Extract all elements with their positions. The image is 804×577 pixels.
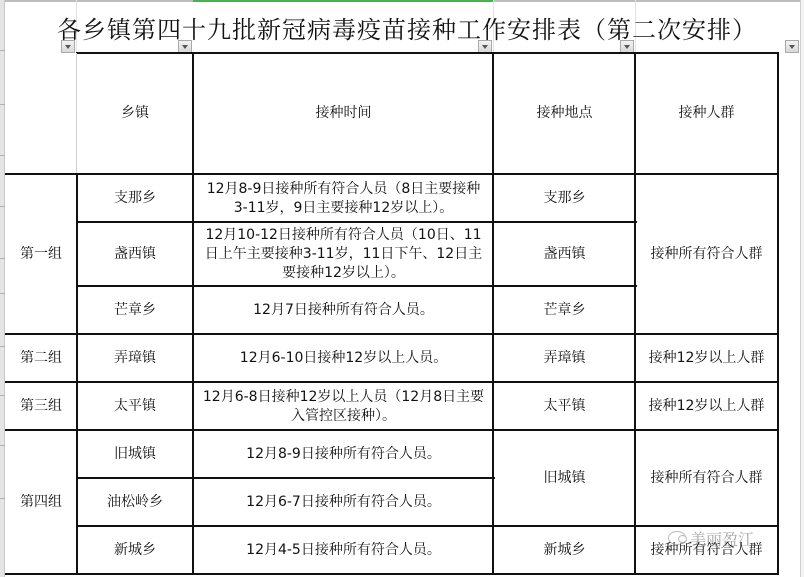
township-cell[interactable]: 盏西镇 bbox=[77, 223, 193, 286]
township-cell[interactable]: 弄璋镇 bbox=[77, 335, 193, 382]
header-time[interactable]: 接种时间 bbox=[194, 53, 493, 174]
spreadsheet: 各乡镇第四十九批新冠病毒疫苗接种工作安排表（第二次安排） 乡镇 接种时间 接种地… bbox=[0, 0, 804, 577]
time-cell[interactable]: 12月8-9日接种所有符合人员（8日主要接种3-11岁，9日主要接种12岁以上）… bbox=[194, 175, 493, 222]
table-border bbox=[76, 477, 495, 479]
table-border bbox=[5, 333, 779, 335]
location-cell[interactable]: 支那乡 bbox=[494, 175, 635, 222]
population-cell[interactable]: 接种12岁以上人群 bbox=[636, 335, 777, 382]
township-cell[interactable]: 支那乡 bbox=[77, 175, 193, 222]
table-border bbox=[5, 381, 779, 383]
time-cell[interactable]: 12月4-5日接种所有符合人员。 bbox=[194, 527, 493, 574]
location-cell[interactable]: 芒章乡 bbox=[494, 287, 635, 334]
watermark: 美丽盈江 bbox=[668, 527, 754, 549]
time-cell[interactable]: 12月8-9日接种所有符合人员。 bbox=[194, 431, 493, 478]
location-cell[interactable]: 旧城镇 bbox=[494, 431, 635, 526]
township-cell[interactable]: 芒章乡 bbox=[77, 287, 193, 334]
table-border bbox=[76, 221, 637, 223]
header-township[interactable]: 乡镇 bbox=[77, 53, 193, 174]
table-border bbox=[5, 429, 779, 431]
township-cell[interactable]: 新城乡 bbox=[77, 527, 193, 574]
table-border bbox=[76, 173, 78, 575]
schedule-table: 乡镇 接种时间 接种地点 接种人群 第一组 支那乡 12月8-9日接种所有符合人… bbox=[0, 0, 804, 577]
watermark-text: 美丽盈江 bbox=[690, 527, 754, 550]
header-location[interactable]: 接种地点 bbox=[494, 53, 635, 174]
group-label[interactable]: 第四组 bbox=[6, 431, 76, 574]
time-cell[interactable]: 12月6-8日接种12岁以上人员（12月8日主要入管控区接种）。 bbox=[194, 383, 493, 430]
group-label[interactable]: 第一组 bbox=[6, 175, 76, 334]
population-cell[interactable]: 接种所有符合人群 bbox=[636, 175, 777, 334]
time-cell[interactable]: 12月6-7日接种所有符合人员。 bbox=[194, 479, 493, 526]
table-border bbox=[634, 52, 636, 575]
header-group[interactable] bbox=[6, 53, 76, 174]
table-border bbox=[76, 53, 77, 174]
location-cell[interactable]: 弄璋镇 bbox=[494, 335, 635, 382]
wechat-icon bbox=[668, 531, 686, 545]
location-cell[interactable]: 新城乡 bbox=[494, 527, 635, 574]
table-border bbox=[76, 285, 637, 287]
group-label[interactable]: 第三组 bbox=[6, 383, 76, 430]
table-border bbox=[492, 52, 494, 575]
table-border bbox=[777, 52, 779, 575]
table-border bbox=[5, 573, 779, 575]
group-label[interactable]: 第二组 bbox=[6, 335, 76, 382]
table-border bbox=[76, 52, 779, 54]
time-cell[interactable]: 12月7日接种所有符合人员。 bbox=[194, 287, 493, 334]
time-cell[interactable]: 12月6-10日接种12岁以上人员。 bbox=[194, 335, 493, 382]
population-cell[interactable]: 接种12岁以上人群 bbox=[636, 383, 777, 430]
table-border bbox=[192, 52, 194, 575]
township-cell[interactable]: 旧城镇 bbox=[77, 431, 193, 478]
township-cell[interactable]: 油松岭乡 bbox=[77, 479, 193, 526]
header-population[interactable]: 接种人群 bbox=[636, 53, 777, 174]
table-border bbox=[5, 173, 779, 175]
township-cell[interactable]: 太平镇 bbox=[77, 383, 193, 430]
population-cell[interactable]: 接种所有符合人群 bbox=[636, 431, 777, 526]
location-cell[interactable]: 太平镇 bbox=[494, 383, 635, 430]
location-cell[interactable]: 盏西镇 bbox=[494, 223, 635, 286]
time-cell[interactable]: 12月10-12日接种所有符合人员（10日、11日上午主要接种3-11岁，11日… bbox=[194, 223, 493, 286]
